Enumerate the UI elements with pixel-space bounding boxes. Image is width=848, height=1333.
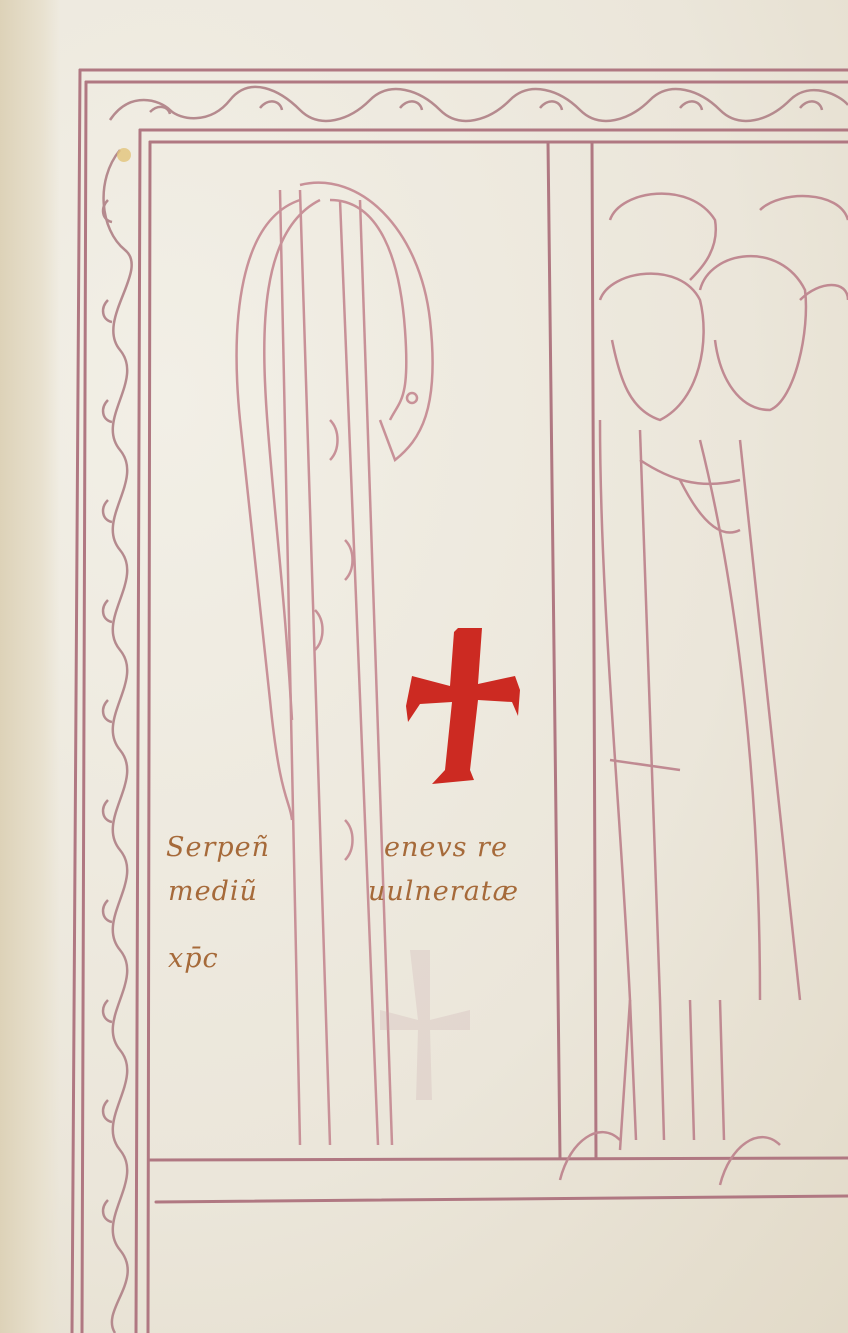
- inscription-line-1-right: enevs re: [384, 834, 508, 861]
- inscription-line-2-right: uulneratæ: [368, 878, 519, 905]
- brazen-serpent: [237, 183, 433, 1145]
- red-cross-icon: [406, 628, 520, 784]
- offset-cross-icon: [380, 950, 470, 1100]
- scroll-ornament-left: [103, 150, 132, 1333]
- inscription-line-1-left: Serpeñ: [166, 834, 270, 861]
- manuscript-page: Serpeñ mediũ xp̄c enevs re uulneratæ: [0, 0, 848, 1333]
- figure-group: [560, 194, 848, 1185]
- gold-spot: [117, 148, 131, 162]
- inscription-line-3-left: xp̄c: [168, 945, 219, 972]
- scroll-ornament-top: [110, 87, 848, 121]
- manuscript-drawing: [0, 0, 848, 1333]
- inscription-line-2-left: mediũ: [168, 878, 258, 905]
